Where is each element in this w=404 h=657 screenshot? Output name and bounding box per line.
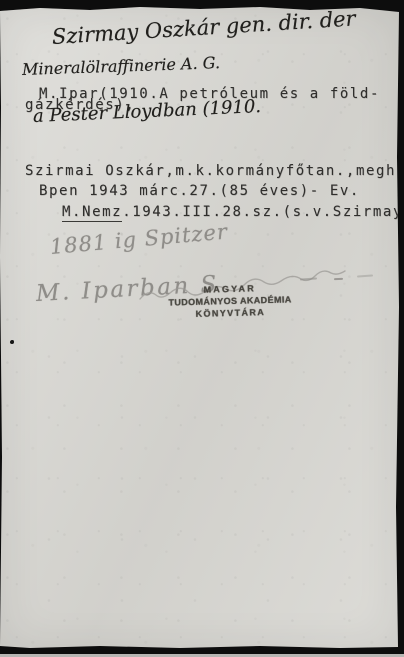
ink-dot (10, 340, 14, 344)
source-abbreviation-underlined: M.Nemz (62, 204, 122, 222)
typed-obituary-line-1: Szirmai Oszkár,m.k.kormányfőtan.,megh (25, 163, 396, 179)
handwritten-company-line: Mineralölraffinerie A. G. (22, 53, 221, 79)
source-citation-rest: .1943.III.28.sz.(s.v.Szirmay (122, 204, 403, 220)
pencil-note-name-change: 1881 ig Spitzer (49, 219, 229, 258)
pencil-dash-3 (357, 274, 373, 277)
library-stamp: MAGYAR TUDOMÁNYOS AKADÉMIA KÖNYVTÁRA (163, 282, 298, 320)
catalog-card: Szirmay Oszkár gen. dir. der Mineralölra… (0, 7, 399, 650)
handwritten-author-line: Szirmay Oszkár gen. dir. der (51, 6, 356, 49)
typed-obituary-line-3: M.Nemz.1943.III.28.sz.(s.v.Szirmay (62, 204, 403, 220)
scan-background: Szirmay Oszkár gen. dir. der Mineralölra… (0, 0, 404, 657)
typed-obituary-line-2: Bpen 1943 márc.27.(85 éves)- Ev. (39, 183, 360, 199)
